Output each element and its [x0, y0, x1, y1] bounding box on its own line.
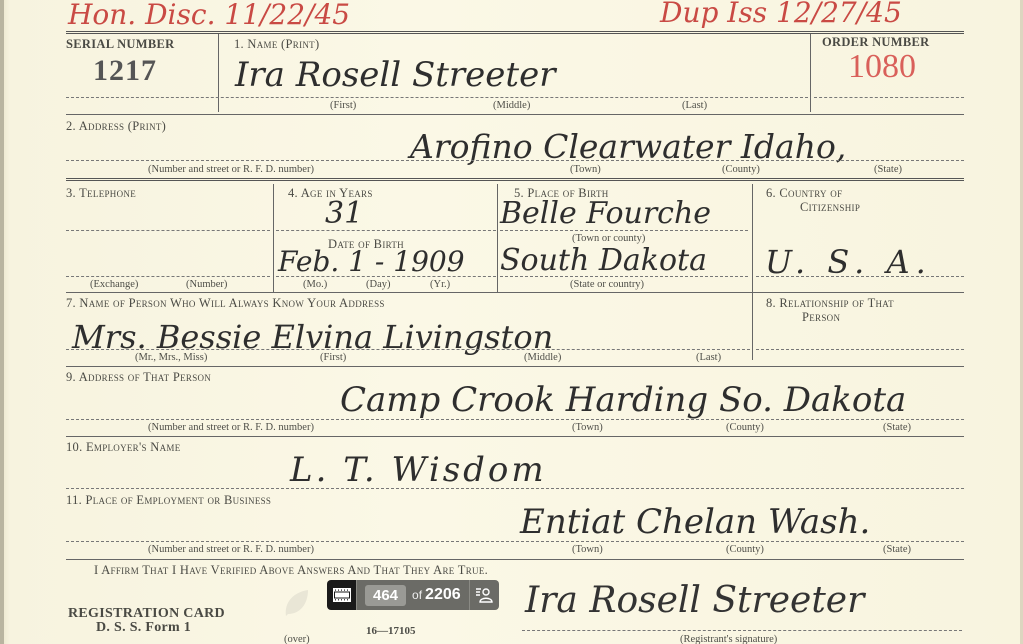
sublabel: (Registrant's signature) — [680, 634, 777, 644]
divider — [810, 34, 811, 112]
over-note: (over) — [284, 634, 310, 644]
rule — [66, 31, 964, 34]
sublabel: (Town) — [570, 164, 601, 175]
contact-name-label: 7. Name of Person Who Will Always Know Y… — [66, 296, 385, 311]
rule — [500, 276, 748, 277]
total-pages: 2206 — [425, 586, 461, 604]
sublabel: (County) — [726, 422, 764, 433]
divider — [218, 34, 219, 112]
date-of-birth-value: Feb. 1 - 1909 — [278, 245, 465, 278]
employer-label: 10. Employer's Name — [66, 440, 181, 455]
rule — [66, 230, 270, 231]
sublabel: (Mo.) — [303, 279, 327, 290]
current-page-input[interactable]: 464 — [365, 585, 406, 606]
contact-name-value: Mrs. Bessie Elvina Livingston — [72, 318, 553, 356]
sublabel: (Middle) — [493, 100, 530, 111]
rule — [756, 349, 964, 350]
sublabel: (Town) — [572, 422, 603, 433]
birth-town-value: Belle Fourche — [500, 196, 711, 231]
rule — [276, 276, 496, 277]
rule — [66, 436, 964, 437]
sublabel: (Town) — [572, 544, 603, 555]
divider — [497, 184, 498, 292]
citizenship-label: 6. Country of — [766, 186, 842, 201]
rule — [66, 97, 808, 98]
rule — [66, 160, 964, 161]
rule — [500, 230, 748, 231]
sublabel: (State) — [883, 422, 911, 433]
employment-place-value: Entiat Chelan Wash. — [520, 502, 870, 542]
sublabel: (Mr., Mrs., Miss) — [135, 352, 207, 363]
sublabel: (State) — [874, 164, 902, 175]
name-label: 1. Name (Print) — [234, 37, 319, 52]
rule — [66, 366, 964, 367]
name-value: Ira Rosell Streeter — [235, 55, 555, 95]
sublabel: (State) — [883, 544, 911, 555]
rule — [66, 178, 964, 181]
registrant-signature: Ira Rosell Streeter — [525, 580, 864, 621]
form-number: D. S. S. Form 1 — [96, 620, 191, 636]
rule — [814, 97, 964, 98]
serial-number-label: SERIAL NUMBER — [66, 37, 174, 52]
sublabel: (State or country) — [570, 279, 644, 290]
affirmation-text: I Affirm That I Have Verified Above Answ… — [94, 563, 488, 578]
contact-address-label: 9. Address of That Person — [66, 370, 211, 385]
divider — [273, 184, 274, 292]
sublabel: (Number and street or R. F. D. number) — [148, 164, 314, 175]
print-code: 16—17105 — [366, 625, 416, 637]
sublabel: (Middle) — [524, 352, 561, 363]
sublabel: (County) — [726, 544, 764, 555]
rule — [66, 541, 964, 542]
sublabel: (Number) — [186, 279, 227, 290]
rule — [522, 630, 962, 631]
rule — [66, 419, 964, 420]
rule — [756, 276, 964, 277]
age-value: 31 — [325, 196, 363, 231]
sublabel: (Yr.) — [430, 279, 450, 290]
sublabel: (Last) — [682, 100, 707, 111]
order-number-value: 1080 — [848, 48, 916, 86]
rule — [66, 488, 964, 489]
index-details-button[interactable] — [470, 580, 499, 610]
employment-place-label: 11. Place of Employment or Business — [66, 493, 271, 508]
sublabel: (Day) — [366, 279, 391, 290]
sublabel: (First) — [330, 100, 356, 111]
page-counter: 464 of 2206 — [356, 580, 470, 610]
card-edge — [0, 0, 4, 644]
divider — [752, 184, 753, 360]
person-list-icon — [475, 586, 493, 604]
serial-number-value: 1217 — [93, 54, 157, 88]
sublabel: (Exchange) — [90, 279, 138, 290]
sublabel: (First) — [320, 352, 346, 363]
annotation-discharge: Hon. Disc. 11/22/45 — [68, 0, 350, 31]
rule — [66, 559, 964, 560]
rule — [276, 230, 496, 231]
sublabel: (County) — [722, 164, 760, 175]
sublabel: (Number and street or R. F. D. number) — [148, 422, 314, 433]
registration-card: Hon. Disc. 11/22/45 Dup Iss 12/27/45 SER… — [0, 0, 1023, 644]
filmstrip-button[interactable] — [327, 580, 356, 610]
annotation-duplicate: Dup Iss 12/27/45 — [660, 0, 902, 29]
address-label: 2. Address (Print) — [66, 119, 166, 134]
rule — [66, 276, 270, 277]
relationship-label-line2: Person — [802, 310, 840, 325]
rule — [66, 349, 750, 350]
rule — [66, 114, 964, 115]
contact-address-value: Camp Crook Harding So. Dakota — [340, 380, 906, 420]
of-label: of — [412, 588, 422, 602]
rule — [66, 292, 964, 293]
citizenship-label-line2: Citizenship — [800, 200, 860, 215]
filmstrip-icon — [333, 588, 351, 602]
telephone-label: 3. Telephone — [66, 186, 136, 201]
sublabel: (Last) — [696, 352, 721, 363]
birth-state-value: South Dakota — [500, 243, 707, 278]
leaf-icon — [282, 588, 310, 620]
relationship-label: 8. Relationship of That — [766, 296, 894, 311]
employer-value: L. T. Wisdom — [290, 450, 547, 490]
sublabel: (Number and street or R. F. D. number) — [148, 544, 314, 555]
image-viewer-toolbar: 464 of 2206 — [327, 580, 499, 610]
